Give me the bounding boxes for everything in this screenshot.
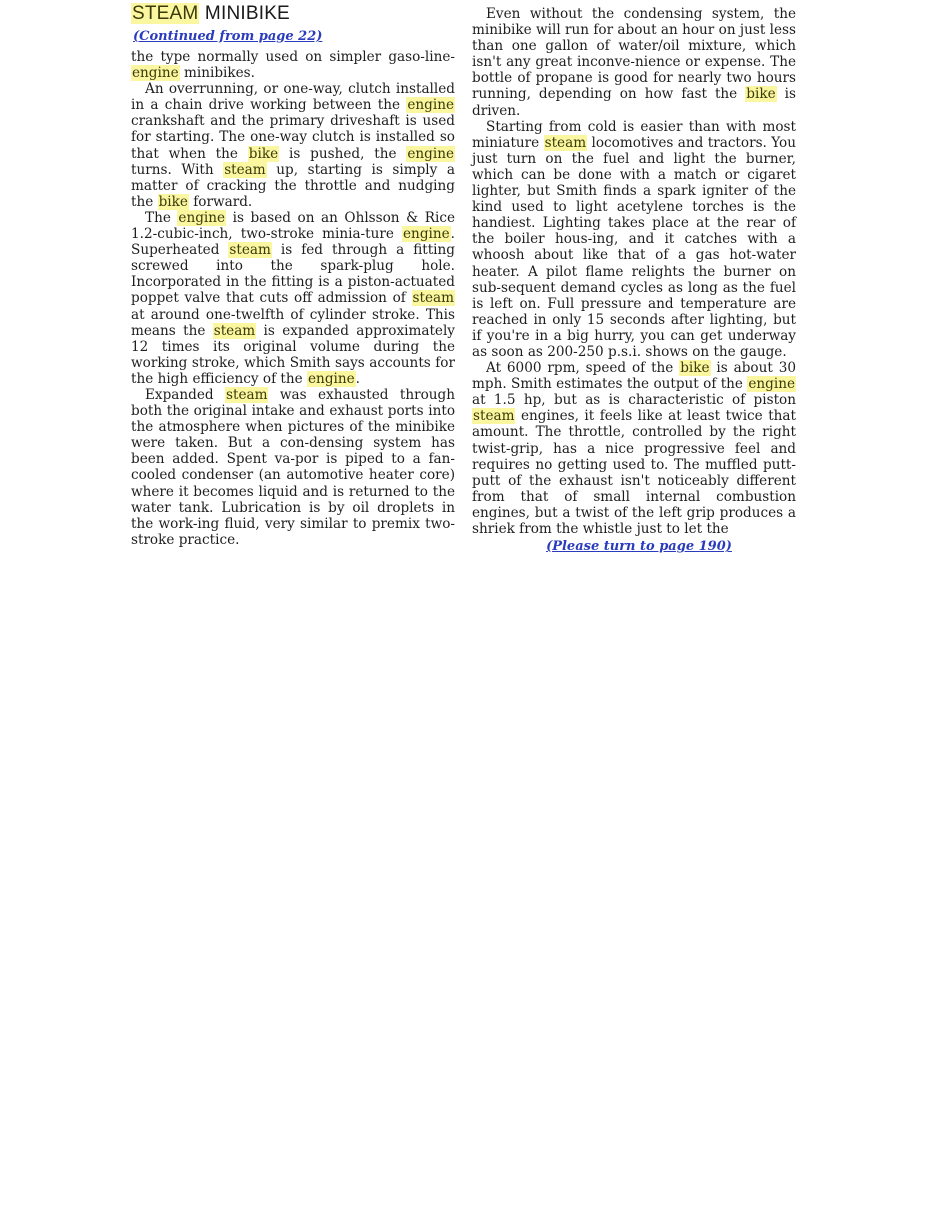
continued-on-link[interactable]: (Please turn to page 190)	[472, 538, 796, 555]
search-highlight: bike	[248, 146, 279, 162]
article-title: STEAM MINIBIKE	[131, 3, 455, 25]
search-highlight: steam	[472, 408, 515, 424]
search-highlight: bike	[679, 360, 710, 376]
title-highlighted-word: STEAM	[131, 3, 199, 24]
paragraph: Expanded steam was exhausted through bot…	[131, 387, 455, 548]
search-highlight: engine	[406, 97, 455, 113]
search-highlight: engine	[747, 376, 796, 392]
search-highlight: steam	[213, 323, 256, 339]
continued-from-link[interactable]: (Continued from page 22)	[133, 28, 322, 45]
right-column: Even without the condensing system, the …	[472, 6, 796, 555]
paragraph: An overrunning, or one-way, clutch insta…	[131, 81, 455, 210]
search-highlight: steam	[544, 135, 587, 151]
paragraph: the type normally used on simpler gaso-l…	[131, 49, 455, 81]
paragraph: The engine is based on an Ohlsson & Rice…	[131, 210, 455, 387]
search-highlight: bike	[158, 194, 189, 210]
paragraph: Starting from cold is easier than with m…	[472, 119, 796, 360]
search-highlight: engine	[307, 371, 356, 387]
title-rest: MINIBIKE	[199, 3, 289, 24]
right-column-body: Even without the condensing system, the …	[472, 6, 796, 537]
left-column-body: the type normally used on simpler gaso-l…	[131, 49, 455, 548]
paragraph: At 6000 rpm, speed of the bike is about …	[472, 360, 796, 537]
search-highlight: engine	[177, 210, 226, 226]
search-highlight: steam	[228, 242, 271, 258]
left-column: STEAM MINIBIKE (Continued from page 22) …	[131, 0, 455, 548]
search-highlight: engine	[406, 146, 455, 162]
search-highlight: steam	[412, 290, 455, 306]
search-highlight: steam	[223, 162, 266, 178]
search-highlight: bike	[745, 86, 776, 102]
search-highlight: engine	[402, 226, 451, 242]
search-highlight: engine	[131, 65, 180, 81]
search-highlight: steam	[225, 387, 268, 403]
paragraph: Even without the condensing system, the …	[472, 6, 796, 119]
